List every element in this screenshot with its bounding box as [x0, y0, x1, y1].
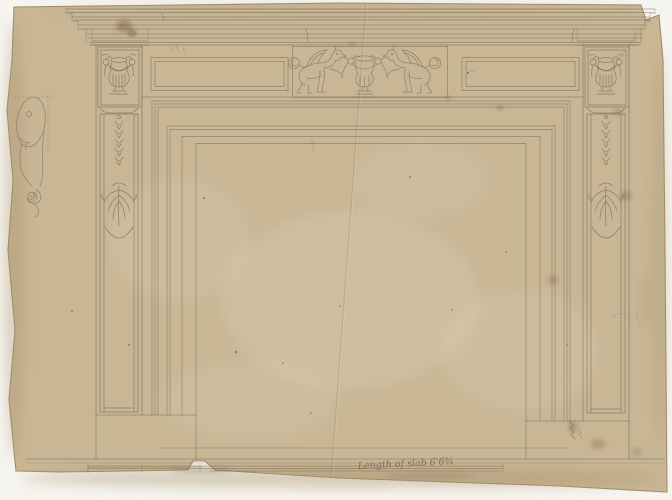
artwork-canvas: Length of slab 6'6¾	[0, 0, 672, 500]
paper-sheet	[4, 3, 668, 492]
chimneypiece-drawing: Length of slab 6'6¾	[0, 0, 672, 500]
